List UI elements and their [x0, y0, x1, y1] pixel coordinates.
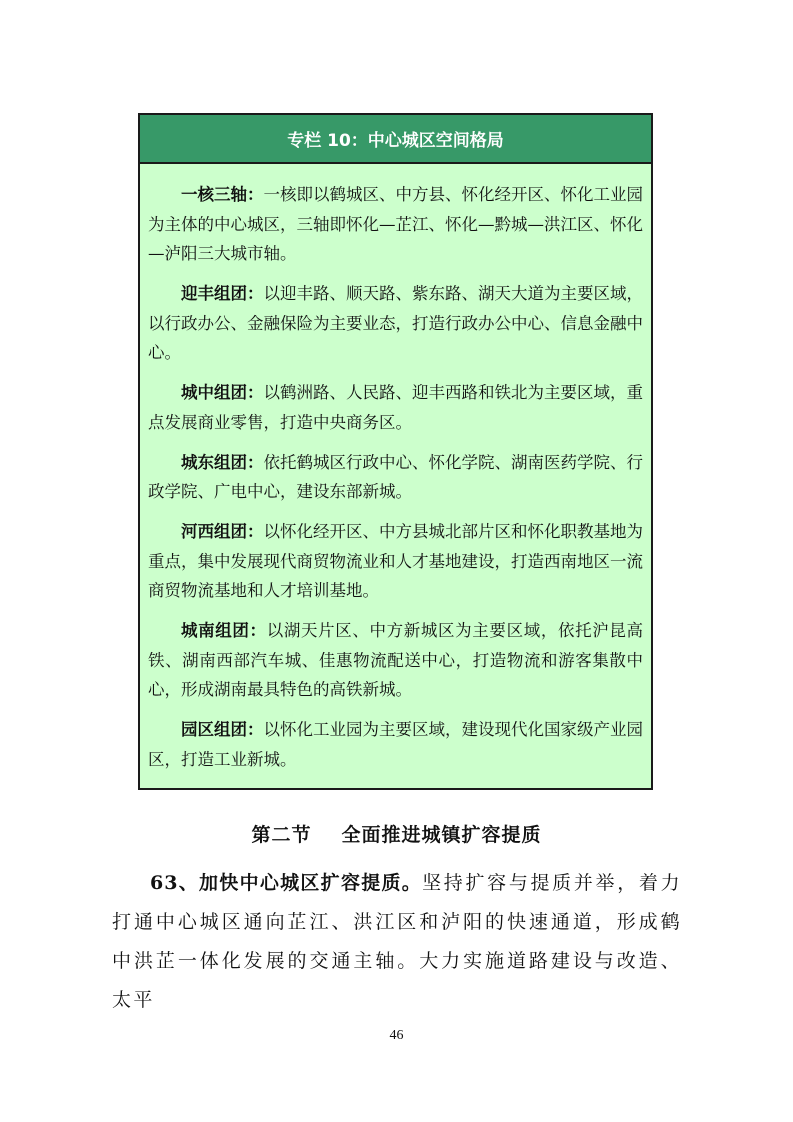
section-heading: 第二节全面推进城镇扩容提质: [0, 820, 793, 847]
paragraph-park-cluster: 园区组团：以怀化工业园为主要区域，建设现代化国家级产业园区，打造工业新城。: [148, 715, 643, 774]
section-number: 第二节: [251, 824, 311, 846]
paragraph-hexi-cluster: 河西组团：以怀化经开区、中方县城北部片区和怀化职教基地为重点，集中发展现代商贸物…: [148, 517, 643, 606]
sidebar-box-body: 一核三轴：一核即以鹤城区、中方县、怀化经开区、怀化工业园为主体的中心城区，三轴即…: [140, 164, 651, 774]
paragraph-lead: 河西组团：: [181, 522, 264, 541]
paragraph-lead: 园区组团：: [181, 720, 264, 739]
page-number: 46: [0, 1028, 793, 1044]
document-page: 专栏 10：中心城区空间格局 一核三轴：一核即以鹤城区、中方县、怀化经开区、怀化…: [0, 0, 793, 1122]
paragraph-chengdong-cluster: 城东组团：依托鹤城区行政中心、怀化学院、湖南医药学院、行政学院、广电中心，建设东…: [148, 448, 643, 507]
paragraph-chengzhong-cluster: 城中组团：以鹤洲路、人民路、迎丰西路和铁北为主要区域，重点发展商业零售，打造中央…: [148, 378, 643, 437]
paragraph-core-axes: 一核三轴：一核即以鹤城区、中方县、怀化经开区、怀化工业园为主体的中心城区，三轴即…: [148, 180, 643, 269]
paragraph-lead: 城南组团：: [181, 621, 267, 640]
paragraph-yingfeng-cluster: 迎丰组团：以迎丰路、顺天路、紫东路、湖天大道为主要区域，以行政办公、金融保险为主…: [148, 279, 643, 368]
paragraph-lead: 城东组团：: [181, 453, 264, 472]
paragraph-lead: 迎丰组团：: [181, 284, 264, 303]
paragraph-lead: 城中组团：: [181, 383, 264, 402]
paragraph-lead: 一核三轴：: [181, 185, 264, 204]
sidebar-box: 专栏 10：中心城区空间格局 一核三轴：一核即以鹤城区、中方县、怀化经开区、怀化…: [138, 113, 653, 790]
paragraph-chengnan-cluster: 城南组团：以湖天片区、中方新城区为主要区域，依托沪昆高铁、湖南西部汽车城、佳惠物…: [148, 616, 643, 705]
sidebar-box-title: 专栏 10：中心城区空间格局: [140, 115, 651, 164]
body-paragraph: 63、加快中心城区扩容提质。坚持扩容与提质并举，着力打通中心城区通向芷江、洪江区…: [112, 864, 682, 1020]
section-title: 全面推进城镇扩容提质: [342, 824, 542, 846]
body-paragraph-lead: 63、加快中心城区扩容提质。: [150, 872, 422, 894]
